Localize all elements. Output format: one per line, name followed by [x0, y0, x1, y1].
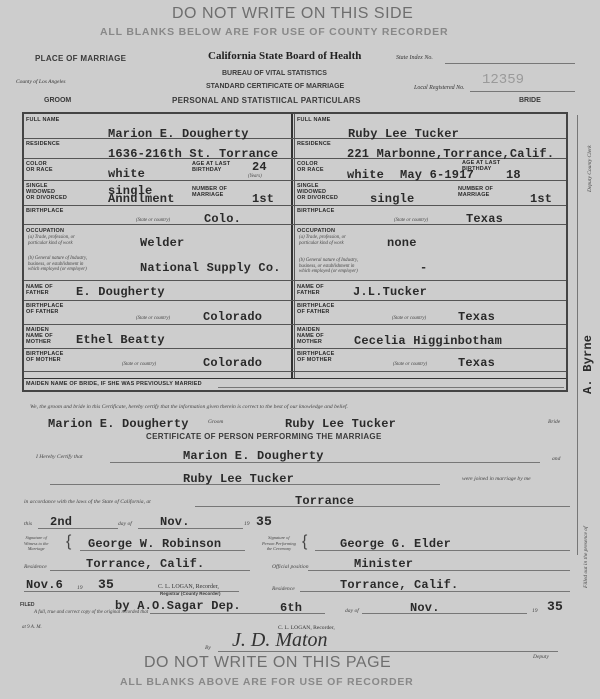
performer-residence: Torrance, Calif.	[340, 578, 458, 592]
witness-residence-label: Residence	[24, 565, 47, 571]
bride-employer: -	[420, 261, 427, 275]
performer-name: George G. Elder	[340, 537, 451, 551]
bride-race: white	[347, 168, 384, 182]
bride-residence-label: RESIDENCE	[297, 141, 331, 147]
bride-age-label: AGE AT LASTBIRTHDAY	[462, 160, 500, 172]
bride-birthplace-label: BIRTHPLACE	[297, 208, 334, 214]
county-label: County of Los Angeles	[16, 79, 66, 85]
filed-month: Nov.	[410, 601, 440, 615]
bride-num-marriage-label: NUMBER OFMARRIAGE	[458, 186, 493, 198]
filed-year: 35	[547, 599, 563, 614]
groom-marital-label: SINGLEWIDOWEDOR DIVORCED	[26, 183, 67, 201]
bride-affidavit-signature: Ruby Lee Tucker	[285, 417, 396, 431]
filed-year-prefix: 19	[532, 609, 538, 615]
bride-occupation-b-label: (b) General nature of Industry,business,…	[299, 258, 358, 275]
groom-father-birthplace: Colorado	[203, 310, 262, 324]
filled-out-presence-label: Filled out in the presence of	[584, 526, 590, 588]
affidavit-text: We, the groom and bride in this Certific…	[30, 405, 348, 411]
groom-birthplace: Colo.	[204, 212, 241, 226]
agency-title: California State Board of Health	[208, 50, 361, 62]
bottom-subbanner: ALL BLANKS ABOVE ARE FOR USE OF RECORDER	[120, 676, 414, 688]
bride-occupation-a-label: (a) Trade, profession, orparticular kind…	[299, 235, 346, 246]
recorded-year-prefix: 19	[77, 586, 83, 592]
groom-num-marriage-label: NUMBER OFMARRIAGE	[192, 186, 227, 198]
bride-full-name: Ruby Lee Tucker	[348, 127, 459, 141]
performer-residence-label: Residence	[272, 587, 295, 593]
copy-text: A full, true and correct copy of the ori…	[34, 610, 148, 616]
witness-label: Signature ofWitness to theMarriage	[24, 535, 48, 552]
groom-full-name-label: FULL NAME	[26, 117, 59, 123]
state-index-label: State Index No.	[396, 55, 433, 61]
bride-marital-status: single	[370, 192, 414, 206]
by-label: By	[205, 646, 211, 652]
bottom-banner: DO NOT WRITE ON THIS PAGE	[144, 654, 391, 672]
top-subbanner: ALL BLANKS BELOW ARE FOR USE OF COUNTY R…	[100, 26, 448, 38]
groom-age-years: (Years)	[248, 174, 262, 180]
witness-name: George W. Robinson	[88, 537, 221, 551]
deputy-clerk-name: A. Byrne	[581, 335, 595, 394]
and-label: and	[552, 457, 560, 463]
bride-father-birthplace-label: BIRTHPLACEOF FATHER	[297, 303, 334, 315]
local-registered-line	[470, 91, 575, 92]
groom-affidavit-label: Groom	[208, 420, 223, 426]
marriage-day: 2nd	[50, 515, 72, 529]
bride-full-name-label: FULL NAME	[297, 117, 330, 123]
maiden-name-label: MAIDEN NAME OF BRIDE, IF SHE WAS PREVIOU…	[26, 381, 202, 387]
recorder-line-1: C. L. LOGAN, Recorder,	[158, 584, 219, 590]
marriage-place: Torrance	[295, 494, 354, 508]
bureau-title: BUREAU OF VITAL STATISTICS	[222, 70, 327, 77]
groom-residence: 1636-216th St. Torrance	[108, 147, 278, 161]
deputy-signature: J. D. Maton	[232, 629, 328, 652]
bride-occupation-label: OCCUPATION	[297, 228, 335, 234]
marriage-year-prefix: 19	[244, 522, 250, 528]
groom-father-name: E. Dougherty	[76, 285, 165, 299]
bride-affidavit-label: Bride	[548, 420, 560, 426]
groom-father-name-label: NAME OFFATHER	[26, 284, 53, 296]
certificate-type: STANDARD CERTIFICATE OF MARRIAGE	[206, 83, 344, 90]
groom-occupation: Welder	[140, 236, 184, 250]
certify-label: I Hereby Certify that	[36, 455, 83, 461]
bride-header: BRIDE	[519, 97, 541, 104]
recorded-date: Nov.6	[26, 578, 63, 592]
groom-mother-birthplace: Colorado	[203, 356, 262, 370]
top-banner: DO NOT WRITE ON THIS SIDE	[172, 5, 413, 23]
day-of-label: day of	[118, 522, 132, 528]
laws-label: in accordance with the laws of the State…	[24, 500, 151, 506]
bride-mother-maiden-name: Cecelia Higginbotham	[354, 334, 502, 348]
bride-age: 18	[506, 168, 521, 182]
bride-residence: 221 Marbonne,Torrance,Calif.	[347, 147, 554, 161]
official-position-label: Official position	[272, 565, 309, 571]
state-index-line	[445, 63, 575, 64]
groom-mother-birthplace-label: BIRTHPLACEOF MOTHER	[26, 351, 63, 363]
deputy-label: Deputy	[533, 655, 549, 661]
recorded-year: 35	[98, 577, 114, 592]
groom-age-label: AGE AT LASTBIRTHDAY	[192, 161, 230, 173]
groom-mother-name-label: MAIDENNAME OFMOTHER	[26, 327, 53, 345]
bride-mother-bp-hint: (State or country)	[393, 362, 427, 368]
groom-header: GROOM	[44, 97, 71, 104]
groom-race-label: COLOROR RACE	[26, 161, 53, 173]
local-registered-number: 12359	[482, 72, 524, 88]
section-title: PERSONAL AND STATISTIICAL PARTICULARS	[172, 96, 361, 105]
groom-birthplace-label: BIRTHPLACE	[26, 208, 63, 214]
witness-residence: Torrance, Calif.	[86, 557, 204, 571]
marriage-month: Nov.	[160, 515, 190, 529]
place-of-marriage-label: PLACE OF MARRIAGE	[35, 54, 126, 63]
bride-father-name-label: NAME OFFATHER	[297, 284, 324, 296]
groom-full-name: Marion E. Dougherty	[108, 127, 249, 141]
officiant-party-2: Ruby Lee Tucker	[183, 472, 294, 486]
groom-occupation-a-label: (a) Trade, profession, orparticular kind…	[28, 235, 75, 246]
bride-father-name: J.L.Tucker	[353, 285, 427, 299]
margin-line	[577, 115, 578, 555]
groom-age: 24	[252, 160, 267, 174]
groom-residence-label: RESIDENCE	[26, 141, 60, 147]
bride-marital-label: SINGLEWIDOWEDOR DIVORCED	[297, 183, 338, 201]
marriage-certificate: DO NOT WRITE ON THIS SIDE ALL BLANKS BEL…	[0, 0, 600, 699]
bride-number-of-marriage: 1st	[530, 192, 552, 206]
groom-mother-bp-hint: (State or country)	[122, 362, 156, 368]
performer-brace: {	[302, 533, 307, 551]
bride-occupation: none	[387, 236, 417, 250]
joined-label: were joined in marriage by me	[462, 477, 531, 483]
performer-label: Signature ofPerson Performingthe Ceremon…	[262, 535, 296, 552]
bride-race-label: COLOROR RACE	[297, 161, 324, 173]
filed-label: FILED	[20, 602, 34, 608]
bride-mother-name-label: MAIDENNAME OFMOTHER	[297, 327, 324, 345]
center-divider	[291, 114, 293, 378]
groom-mother-maiden-name: Ethel Beatty	[76, 333, 165, 347]
bride-father-birthplace: Texas	[458, 310, 495, 324]
bride-mother-birthplace: Texas	[458, 356, 495, 370]
officiant-section-title: CERTIFICATE OF PERSON PERFORMING THE MAR…	[146, 432, 382, 441]
local-registered-label: Local Registered No.	[414, 85, 465, 91]
filed-time: at 9 A. M.	[22, 625, 42, 631]
officiant-party-1: Marion E. Dougherty	[183, 449, 324, 463]
filed-day-of-label: day of	[345, 609, 359, 615]
groom-race: white	[108, 167, 145, 181]
official-position: Minister	[354, 557, 413, 571]
groom-marital-overtype: Annulment	[108, 192, 175, 206]
groom-affidavit-signature: Marion E. Dougherty	[48, 417, 189, 431]
recorder-line-2: Registrar (County Recorder)	[160, 591, 221, 596]
witness-brace: {	[66, 533, 71, 551]
groom-occupation-b-label: (b) General nature of Industry,business,…	[28, 256, 87, 273]
this-label: this	[24, 522, 32, 528]
groom-occupation-label: OCCUPATION	[26, 228, 64, 234]
groom-employer: National Supply Co.	[140, 261, 281, 275]
bride-mother-birthplace-label: BIRTHPLACEOF MOTHER	[297, 351, 334, 363]
deputy-county-clerk-label: Deputy County Clerk	[588, 145, 594, 192]
groom-father-birthplace-label: BIRTHPLACEOF FATHER	[26, 303, 63, 315]
bride-birthplace: Texas	[466, 212, 503, 226]
groom-birthplace-hint: (State or country)	[136, 218, 170, 224]
marriage-year: 35	[256, 514, 272, 529]
groom-number-of-marriage: 1st	[252, 192, 274, 206]
bride-father-bp-hint: (State or country)	[392, 316, 426, 322]
groom-father-bp-hint: (State or country)	[136, 316, 170, 322]
bride-birthplace-hint: (State or country)	[394, 218, 428, 224]
